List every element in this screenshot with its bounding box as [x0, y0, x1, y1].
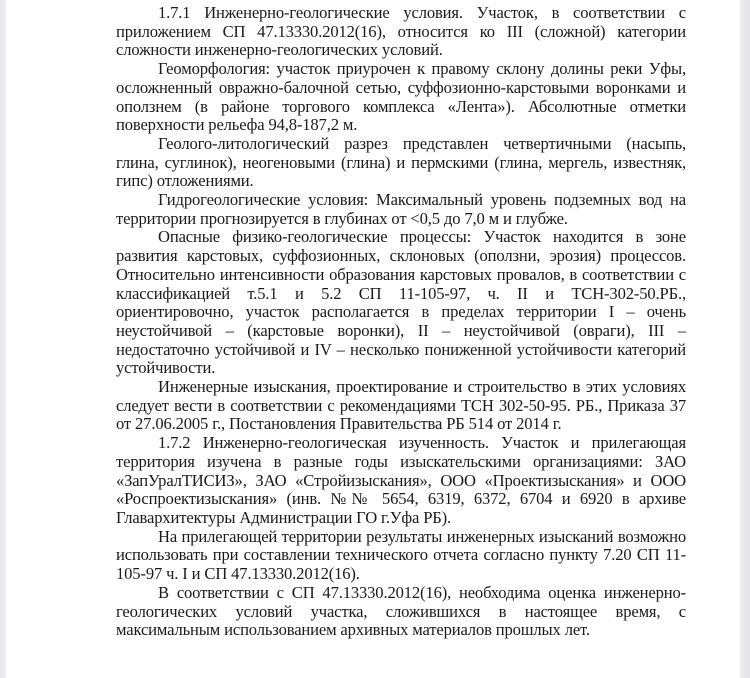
right-page-edge	[740, 0, 750, 678]
paragraph-geology-lithology: Геолого-литологический разрез представле…	[116, 135, 686, 191]
paragraph-adjacent-territory: На прилегающей территории результаты инж…	[116, 528, 686, 584]
paragraph-hydrogeology: Гидрогеологические условия: Максимальный…	[116, 191, 686, 228]
paragraph-engineering-surveys: Инженерные изыскания, проектирование и с…	[116, 378, 686, 434]
paragraph-assessment-required: В соответствии с СП 47.13330.2012(16), н…	[116, 584, 686, 640]
paragraph-1-7-1-engineering-geology: 1.7.1 Инженерно-геологические условия. У…	[116, 4, 686, 60]
document-page: 1.7.1 Инженерно-геологические условия. У…	[116, 4, 686, 640]
paragraph-1-7-2-study-history: 1.7.2 Инженерно-геологическая изученност…	[116, 434, 686, 528]
left-page-edge	[0, 0, 6, 678]
paragraph-geomorphology: Геоморфология: участок приурочен к право…	[116, 60, 686, 135]
paragraph-hazardous-processes: Опасные физико-геологические процессы: У…	[116, 228, 686, 378]
document-viewport[interactable]: 1.7.1 Инженерно-геологические условия. У…	[0, 0, 750, 678]
